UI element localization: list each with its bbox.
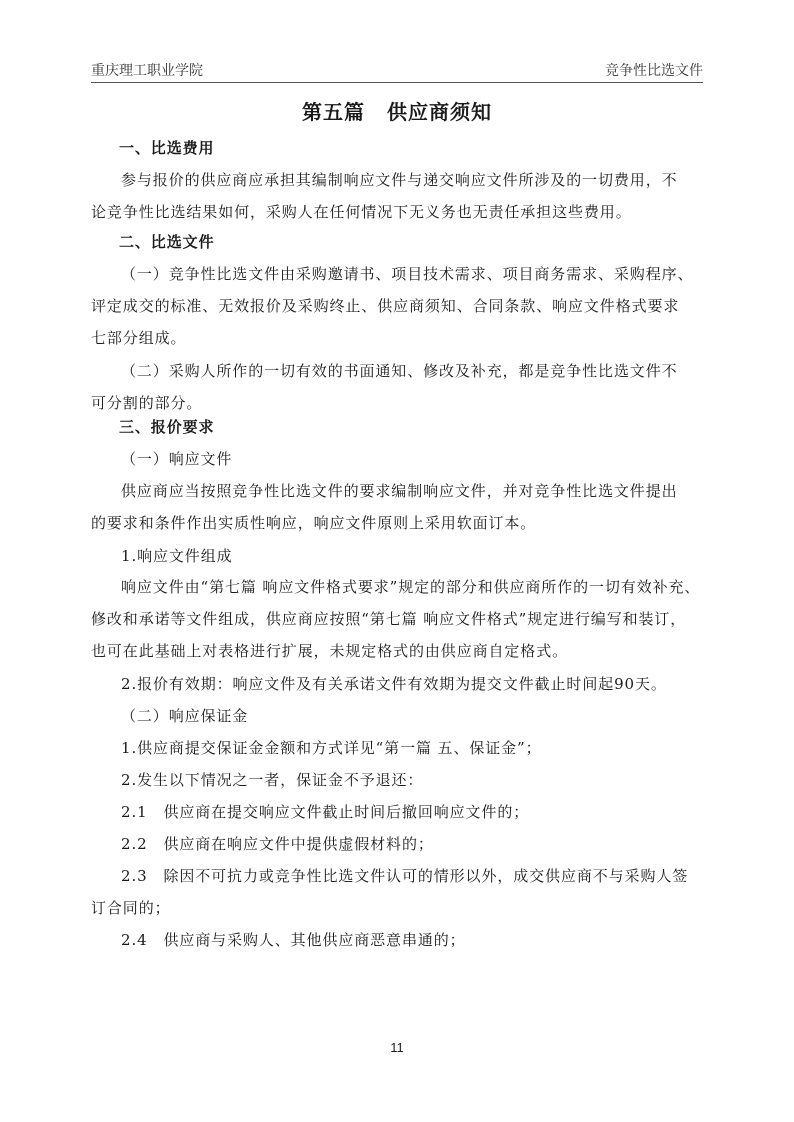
header-doc-type: 竞争性比选文件 — [605, 60, 703, 80]
paragraph-line: 七部分组成。 — [91, 328, 703, 348]
section-heading: 三、报价要求 — [91, 417, 731, 437]
paragraph-line: 论竞争性比选结果如何，采购人在任何情况下无义务也无责任承担这些费用。 — [91, 202, 703, 222]
paragraph-line: 订合同的； — [91, 898, 703, 918]
paragraph-line: （二）采购人所作的一切有效的书面通知、修改及补充，都是竞争性比选文件不 — [91, 361, 733, 381]
paragraph-line: 1.响应文件组成 — [91, 546, 733, 566]
title-name: 供应商须知 — [387, 100, 492, 124]
paragraph-line: （一）竞争性比选文件由采购邀请书、项目技术需求、项目商务需求、采购程序、 — [91, 264, 733, 284]
paragraph-line: （二）响应保证金 — [91, 706, 733, 726]
section-heading: 一、比选费用 — [91, 138, 731, 158]
paragraph-line: 2.发生以下情况之一者，保证金不予退还： — [91, 770, 733, 790]
paragraph-line: 响应文件由“第七篇 响应文件格式要求”规定的部分和供应商所作的一切有效补充、 — [91, 577, 733, 597]
section-heading: 二、比选文件 — [91, 232, 731, 252]
paragraph-line: 可分割的部分。 — [91, 393, 703, 413]
paragraph-line: 供应商应当按照竞争性比选文件的要求编制响应文件，并对竞争性比选文件提出 — [91, 481, 733, 501]
page-number: 11 — [0, 1040, 794, 1055]
header-institution: 重庆理工职业学院 — [91, 60, 203, 80]
paragraph-line: 评定成交的标准、无效报价及采购终止、供应商须知、合同条款、响应文件格式要求 — [91, 296, 703, 316]
paragraph-line: 1.供应商提交保证金金额和方式详见“第一篇 五、保证金”； — [91, 738, 733, 758]
title-part: 第五篇 — [302, 100, 365, 124]
paragraph-line: 2.2 供应商在响应文件中提供虚假材料的； — [91, 834, 733, 854]
page-header: 重庆理工职业学院 竞争性比选文件 — [91, 58, 703, 83]
paragraph-line: 2.4 供应商与采购人、其他供应商恶意串通的； — [91, 930, 733, 950]
paragraph-line: 参与报价的供应商应承担其编制响应文件与递交响应文件所涉及的一切费用，不 — [91, 170, 733, 190]
paragraph-line: （一）响应文件 — [91, 449, 733, 469]
paragraph-line: 的要求和条件作出实质性响应，响应文件原则上采用软面订本。 — [91, 513, 703, 533]
paragraph-line: 2.3 除因不可抗力或竞争性比选文件认可的情形以外，成交供应商不与采购人签 — [91, 866, 733, 886]
paragraph-line: 也可在此基础上对表格进行扩展，未规定格式的由供应商自定格式。 — [91, 641, 703, 661]
paragraph-line: 2.1 供应商在提交响应文件截止时间后撤回响应文件的； — [91, 802, 733, 822]
paragraph-line: 修改和承诺等文件组成，供应商应按照“第七篇 响应文件格式”规定进行编写和装订， — [91, 609, 703, 629]
page-title: 第五篇供应商须知 — [0, 96, 794, 125]
paragraph-line: 2.报价有效期：响应文件及有关承诺文件有效期为提交文件截止时间起90天。 — [91, 674, 733, 694]
